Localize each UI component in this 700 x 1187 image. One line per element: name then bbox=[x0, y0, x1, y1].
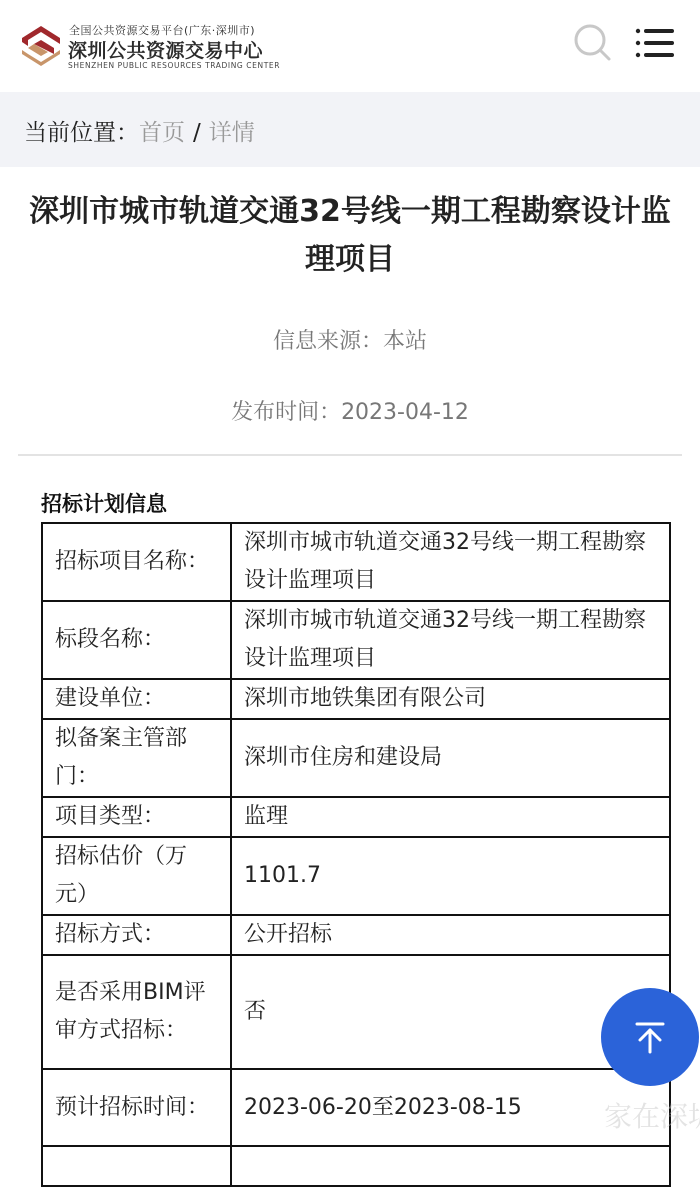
row-key: 招标项目名称： bbox=[42, 523, 231, 601]
table-row: 建设单位：深圳市地铁集团有限公司 bbox=[42, 679, 670, 719]
table-row: 标段名称：深圳市城市轨道交通32号线一期工程勘察设计监理项目 bbox=[42, 601, 670, 679]
row-value: 深圳市城市轨道交通32号线一期工程勘察设计监理项目 bbox=[231, 523, 670, 601]
info-source: 信息来源：本站 bbox=[0, 324, 700, 355]
back-to-top-button[interactable] bbox=[601, 988, 699, 1086]
row-key: 标段名称： bbox=[42, 601, 231, 679]
table-row: 是否采用BIM评审方式招标：否 bbox=[42, 955, 670, 1069]
row-key: 是否采用BIM评审方式招标： bbox=[42, 955, 231, 1069]
brand-english: SHENZHEN PUBLIC RESOURCES TRADING CENTER bbox=[68, 61, 280, 70]
breadcrumb-label: 当前位置： bbox=[24, 120, 139, 146]
table-row: 招标估价（万元）1101.7 bbox=[42, 837, 670, 915]
table-row: 招标方式：公开招标 bbox=[42, 915, 670, 955]
breadcrumb-home-link[interactable]: 首页 bbox=[139, 120, 185, 146]
watermark: 家在深圳 bbox=[604, 1095, 700, 1135]
table-row: 拟备案主管部门：深圳市住房和建设局 bbox=[42, 719, 670, 797]
table-row: 项目类型：监理 bbox=[42, 797, 670, 837]
row-key: 招标估价（万元） bbox=[42, 837, 231, 915]
list-menu-icon[interactable] bbox=[634, 26, 676, 60]
breadcrumb-current: 详情 bbox=[209, 120, 255, 146]
row-value: 公开招标 bbox=[231, 915, 670, 955]
row-key: 建设单位： bbox=[42, 679, 231, 719]
arrow-up-to-top-icon bbox=[633, 1020, 667, 1054]
breadcrumb-separator: / bbox=[193, 120, 201, 146]
row-key: 预计招标时间： bbox=[42, 1069, 231, 1138]
row-key: 招标方式： bbox=[42, 915, 231, 955]
publish-date: 发布时间：2023-04-12 bbox=[0, 395, 700, 426]
breadcrumb: 当前位置：首页/详情 bbox=[0, 92, 700, 167]
row-value: 深圳市住房和建设局 bbox=[231, 719, 670, 797]
site-header: 全国公共资源交易平台(广东·深圳市) 深圳公共资源交易中心 SHENZHEN P… bbox=[0, 0, 700, 90]
row-value: 深圳市城市轨道交通32号线一期工程勘察设计监理项目 bbox=[231, 601, 670, 679]
section-title: 招标计划信息 bbox=[41, 488, 167, 518]
page-title: 深圳市城市轨道交通32号线一期工程勘察设计监理项目 bbox=[20, 188, 680, 284]
table-row: 招标项目名称：深圳市城市轨道交通32号线一期工程勘察设计监理项目 bbox=[42, 523, 670, 601]
row-value: 1101.7 bbox=[231, 837, 670, 915]
row-key: 项目类型： bbox=[42, 797, 231, 837]
row-value: 监理 bbox=[231, 797, 670, 837]
row-value: 深圳市地铁集团有限公司 bbox=[231, 679, 670, 719]
search-icon[interactable] bbox=[572, 22, 614, 64]
logo-icon[interactable] bbox=[20, 24, 62, 68]
brand-title[interactable]: 深圳公共资源交易中心 bbox=[68, 36, 263, 63]
bid-plan-table: 招标项目名称：深圳市城市轨道交通32号线一期工程勘察设计监理项目 标段名称：深圳… bbox=[41, 522, 671, 1138]
divider bbox=[18, 454, 682, 456]
row-key: 拟备案主管部门： bbox=[42, 719, 231, 797]
table-row: 预计招标时间：2023-06-20至2023-08-15 bbox=[42, 1069, 670, 1138]
